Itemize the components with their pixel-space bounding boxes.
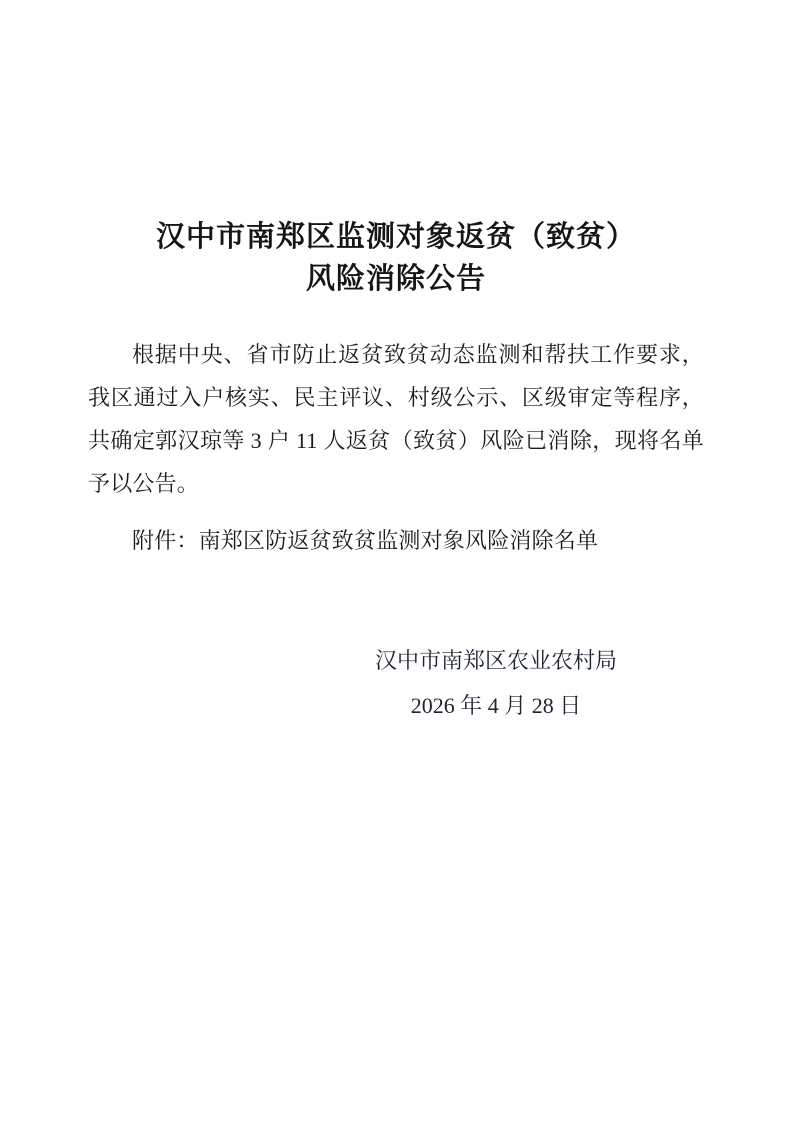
signature-date: 2026 年 4 月 28 日 bbox=[196, 683, 792, 728]
document-title: 汉中市南郑区监测对象返贫（致贫） 风险消除公告 bbox=[0, 0, 792, 300]
signature-block: 汉中市南郑区农业农村局 2026 年 4 月 28 日 bbox=[196, 638, 792, 728]
document-title-line-2: 风险消除公告 bbox=[0, 258, 792, 300]
document-title-line-1: 汉中市南郑区监测对象返贫（致贫） bbox=[0, 216, 792, 258]
attachment-line: 附件：南郑区防返贫致贫监测对象风险消除名单 bbox=[88, 519, 792, 562]
body-paragraph: 根据中央、省市防止返贫致贫动态监测和帮扶工作要求，我区通过入户核实、民主评议、村… bbox=[88, 333, 704, 505]
signature-org: 汉中市南郑区农业农村局 bbox=[196, 638, 792, 683]
document-page: 汉中市南郑区监测对象返贫（致贫） 风险消除公告 根据中央、省市防止返贫致贫动态监… bbox=[0, 0, 792, 1121]
